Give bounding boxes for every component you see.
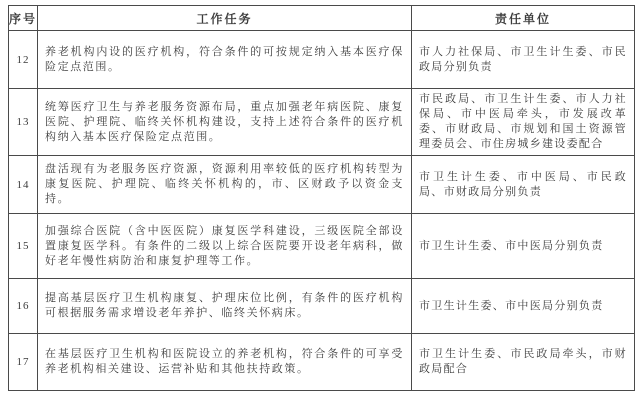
row-work-task: 统筹医疗卫生与养老服务资源布局，重点加强老年病医院、康复医院、护理院、临终关怀机…: [38, 89, 412, 156]
row-serial-number: 17: [9, 334, 38, 391]
header-work-task: 工作任务: [38, 6, 412, 31]
row-serial-number: 16: [9, 279, 38, 334]
row-responsible-unit: 市人力社保局、市卫生计生委、市民政局分别负责: [412, 31, 635, 89]
table-row: 15 加强综合医院（含中医医院）康复医学科建设，三级医院全部设置康复医学科。有条…: [9, 214, 635, 279]
header-serial-number: 序号: [9, 6, 38, 31]
row-serial-number: 13: [9, 89, 38, 156]
row-work-task: 盘活现有为老服务医疗资源，资源利用率较低的医疗机构转型为康复医院、护理院、临终关…: [38, 156, 412, 214]
table-header-row: 序号 工作任务 责任单位: [9, 6, 635, 31]
table-row: 12 养老机构内设的医疗机构，符合条件的可按规定纳入基本医疗保险定点范围。 市人…: [9, 31, 635, 89]
row-responsible-unit: 市卫生计生委、市民政局牵头，市财政局配合: [412, 334, 635, 391]
row-responsible-unit: 市卫生计生委、市中医局、市民政局、市财政局分别负责: [412, 156, 635, 214]
header-responsible-unit: 责任单位: [412, 6, 635, 31]
row-responsible-unit: 市卫生计生委、市中医局分别负责: [412, 279, 635, 334]
row-work-task: 加强综合医院（含中医医院）康复医学科建设，三级医院全部设置康复医学科。有条件的二…: [38, 214, 412, 279]
row-serial-number: 14: [9, 156, 38, 214]
row-responsible-unit: 市民政局、市卫生计生委、市人力社保局、市中医局牵头，市发展改革委、市财政局、市规…: [412, 89, 635, 156]
row-responsible-unit: 市卫生计生委、市中医局分别负责: [412, 214, 635, 279]
document-page: 序号 工作任务 责任单位 12 养老机构内设的医疗机构，符合条件的可按规定纳入基…: [0, 0, 642, 393]
row-work-task: 提高基层医疗卫生机构康复、护理床位比例，有条件的医疗机构可根据服务需求增设老年养…: [38, 279, 412, 334]
table-row: 13 统筹医疗卫生与养老服务资源布局，重点加强老年病医院、康复医院、护理院、临终…: [9, 89, 635, 156]
task-table: 序号 工作任务 责任单位 12 养老机构内设的医疗机构，符合条件的可按规定纳入基…: [8, 5, 635, 391]
row-work-task: 在基层医疗卫生机构和医院设立的养老机构，符合条件的可享受养老机构相关建设、运营补…: [38, 334, 412, 391]
table-row: 14 盘活现有为老服务医疗资源，资源利用率较低的医疗机构转型为康复医院、护理院、…: [9, 156, 635, 214]
row-work-task: 养老机构内设的医疗机构，符合条件的可按规定纳入基本医疗保险定点范围。: [38, 31, 412, 89]
row-serial-number: 12: [9, 31, 38, 89]
row-serial-number: 15: [9, 214, 38, 279]
table-row: 17 在基层医疗卫生机构和医院设立的养老机构，符合条件的可享受养老机构相关建设、…: [9, 334, 635, 391]
table-row: 16 提高基层医疗卫生机构康复、护理床位比例，有条件的医疗机构可根据服务需求增设…: [9, 279, 635, 334]
